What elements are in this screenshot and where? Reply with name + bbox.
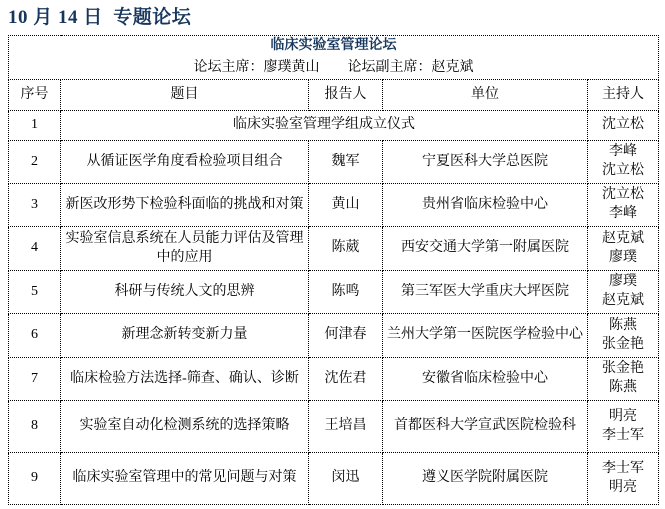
table-row: 9 临床实验室管理中的常见问题与对策 闵迅 遵义医学院附属医院 李士军 明亮 (9, 453, 659, 505)
organization-cell: 宁夏医科大学总医院 (383, 141, 588, 184)
row-number-cell: 2 (9, 141, 61, 184)
forum-header-cell: 临床实验室管理论坛 论坛主席：廖璞黄山 论坛副主席：赵克斌 (9, 36, 659, 80)
row-number-cell: 9 (9, 453, 61, 505)
topic-cell: 新理念新转变新力量 (61, 314, 309, 358)
row-number-cell: 6 (9, 314, 61, 358)
row-number-cell: 1 (9, 111, 61, 141)
row-number-cell: 5 (9, 271, 61, 314)
topic-cell: 实验室信息系统在人员能力评估及管理中的应用 (61, 227, 309, 271)
host-cell: 陈燕 张金艳 (588, 314, 659, 358)
organization-cell: 兰州大学第一医院医学检验中心 (383, 314, 588, 358)
speaker-cell: 黄山 (309, 184, 383, 227)
row-number-cell: 3 (9, 184, 61, 227)
speaker-cell: 闵迅 (309, 453, 383, 505)
table-row: 3 新医改形势下检验科面临的挑战和对策 黄山 贵州省临床检验中心 沈立松 李峰 (9, 184, 659, 227)
speaker-cell: 陈葳 (309, 227, 383, 271)
topic-cell: 科研与传统人文的思辨 (61, 271, 309, 314)
table-row: 7 临床检验方法选择-筛查、确认、诊断 沈佐君 安徽省临床检验中心 张金艳 陈燕 (9, 358, 659, 401)
column-header-host: 主持人 (588, 80, 659, 111)
host-cell: 明亮 李士军 (588, 401, 659, 453)
host-cell: 廖璞 赵克斌 (588, 271, 659, 314)
topic-cell: 临床检验方法选择-筛查、确认、诊断 (61, 358, 309, 401)
host-cell: 张金艳 陈燕 (588, 358, 659, 401)
column-header-row: 序号 题目 报告人 单位 主持人 (9, 80, 659, 111)
speaker-cell: 陈鸣 (309, 271, 383, 314)
topic-cell: 实验室自动化检测系统的选择策略 (61, 401, 309, 453)
organization-cell: 遵义医学院附属医院 (383, 453, 588, 505)
host-cell: 赵克斌 廖璞 (588, 227, 659, 271)
forum-chairs-line: 论坛主席：廖璞黄山 论坛副主席：赵克斌 (12, 59, 655, 78)
host-cell: 沈立松 (588, 111, 659, 141)
speaker-cell: 王培昌 (309, 401, 383, 453)
forum-name: 临床实验室管理论坛 (12, 37, 655, 56)
forum-program-table: 临床实验室管理论坛 论坛主席：廖璞黄山 论坛副主席：赵克斌 序号 题目 报告人 … (8, 35, 659, 505)
speaker-cell: 沈佐君 (309, 358, 383, 401)
column-header-no: 序号 (9, 80, 61, 111)
table-row: 5 科研与传统人文的思辨 陈鸣 第三军医大学重庆大坪医院 廖璞 赵克斌 (9, 271, 659, 314)
row-number-cell: 8 (9, 401, 61, 453)
row-number-cell: 7 (9, 358, 61, 401)
forum-header-row: 临床实验室管理论坛 论坛主席：廖璞黄山 论坛副主席：赵克斌 (9, 36, 659, 80)
host-cell: 沈立松 李峰 (588, 184, 659, 227)
host-cell: 李峰 沈立松 (588, 141, 659, 184)
topic-cell: 从循证医学角度看检验项目组合 (61, 141, 309, 184)
organization-cell: 西安交通大学第一附属医院 (383, 227, 588, 271)
table-row: 8 实验室自动化检测系统的选择策略 王培昌 首都医科大学宣武医院检验科 明亮 李… (9, 401, 659, 453)
host-cell: 李士军 明亮 (588, 453, 659, 505)
topic-cell: 临床实验室管理中的常见问题与对策 (61, 453, 309, 505)
page-title: 10 月 14 日 专题论坛 (8, 7, 665, 29)
organization-cell: 第三军医大学重庆大坪医院 (383, 271, 588, 314)
table-row: 2 从循证医学角度看检验项目组合 魏军 宁夏医科大学总医院 李峰 沈立松 (9, 141, 659, 184)
column-header-topic: 题目 (61, 80, 309, 111)
topic-cell: 新医改形势下检验科面临的挑战和对策 (61, 184, 309, 227)
organization-cell: 贵州省临床检验中心 (383, 184, 588, 227)
column-header-speaker: 报告人 (309, 80, 383, 111)
speaker-cell: 何津春 (309, 314, 383, 358)
organization-cell: 首都医科大学宣武医院检验科 (383, 401, 588, 453)
organization-cell: 安徽省临床检验中心 (383, 358, 588, 401)
table-row: 4 实验室信息系统在人员能力评估及管理中的应用 陈葳 西安交通大学第一附属医院 … (9, 227, 659, 271)
column-header-organization: 单位 (383, 80, 588, 111)
topic-cell: 临床实验室管理学组成立仪式 (61, 111, 588, 141)
row-number-cell: 4 (9, 227, 61, 271)
table-row: 1 临床实验室管理学组成立仪式 沈立松 (9, 111, 659, 141)
table-row: 6 新理念新转变新力量 何津春 兰州大学第一医院医学检验中心 陈燕 张金艳 (9, 314, 659, 358)
speaker-cell: 魏军 (309, 141, 383, 184)
